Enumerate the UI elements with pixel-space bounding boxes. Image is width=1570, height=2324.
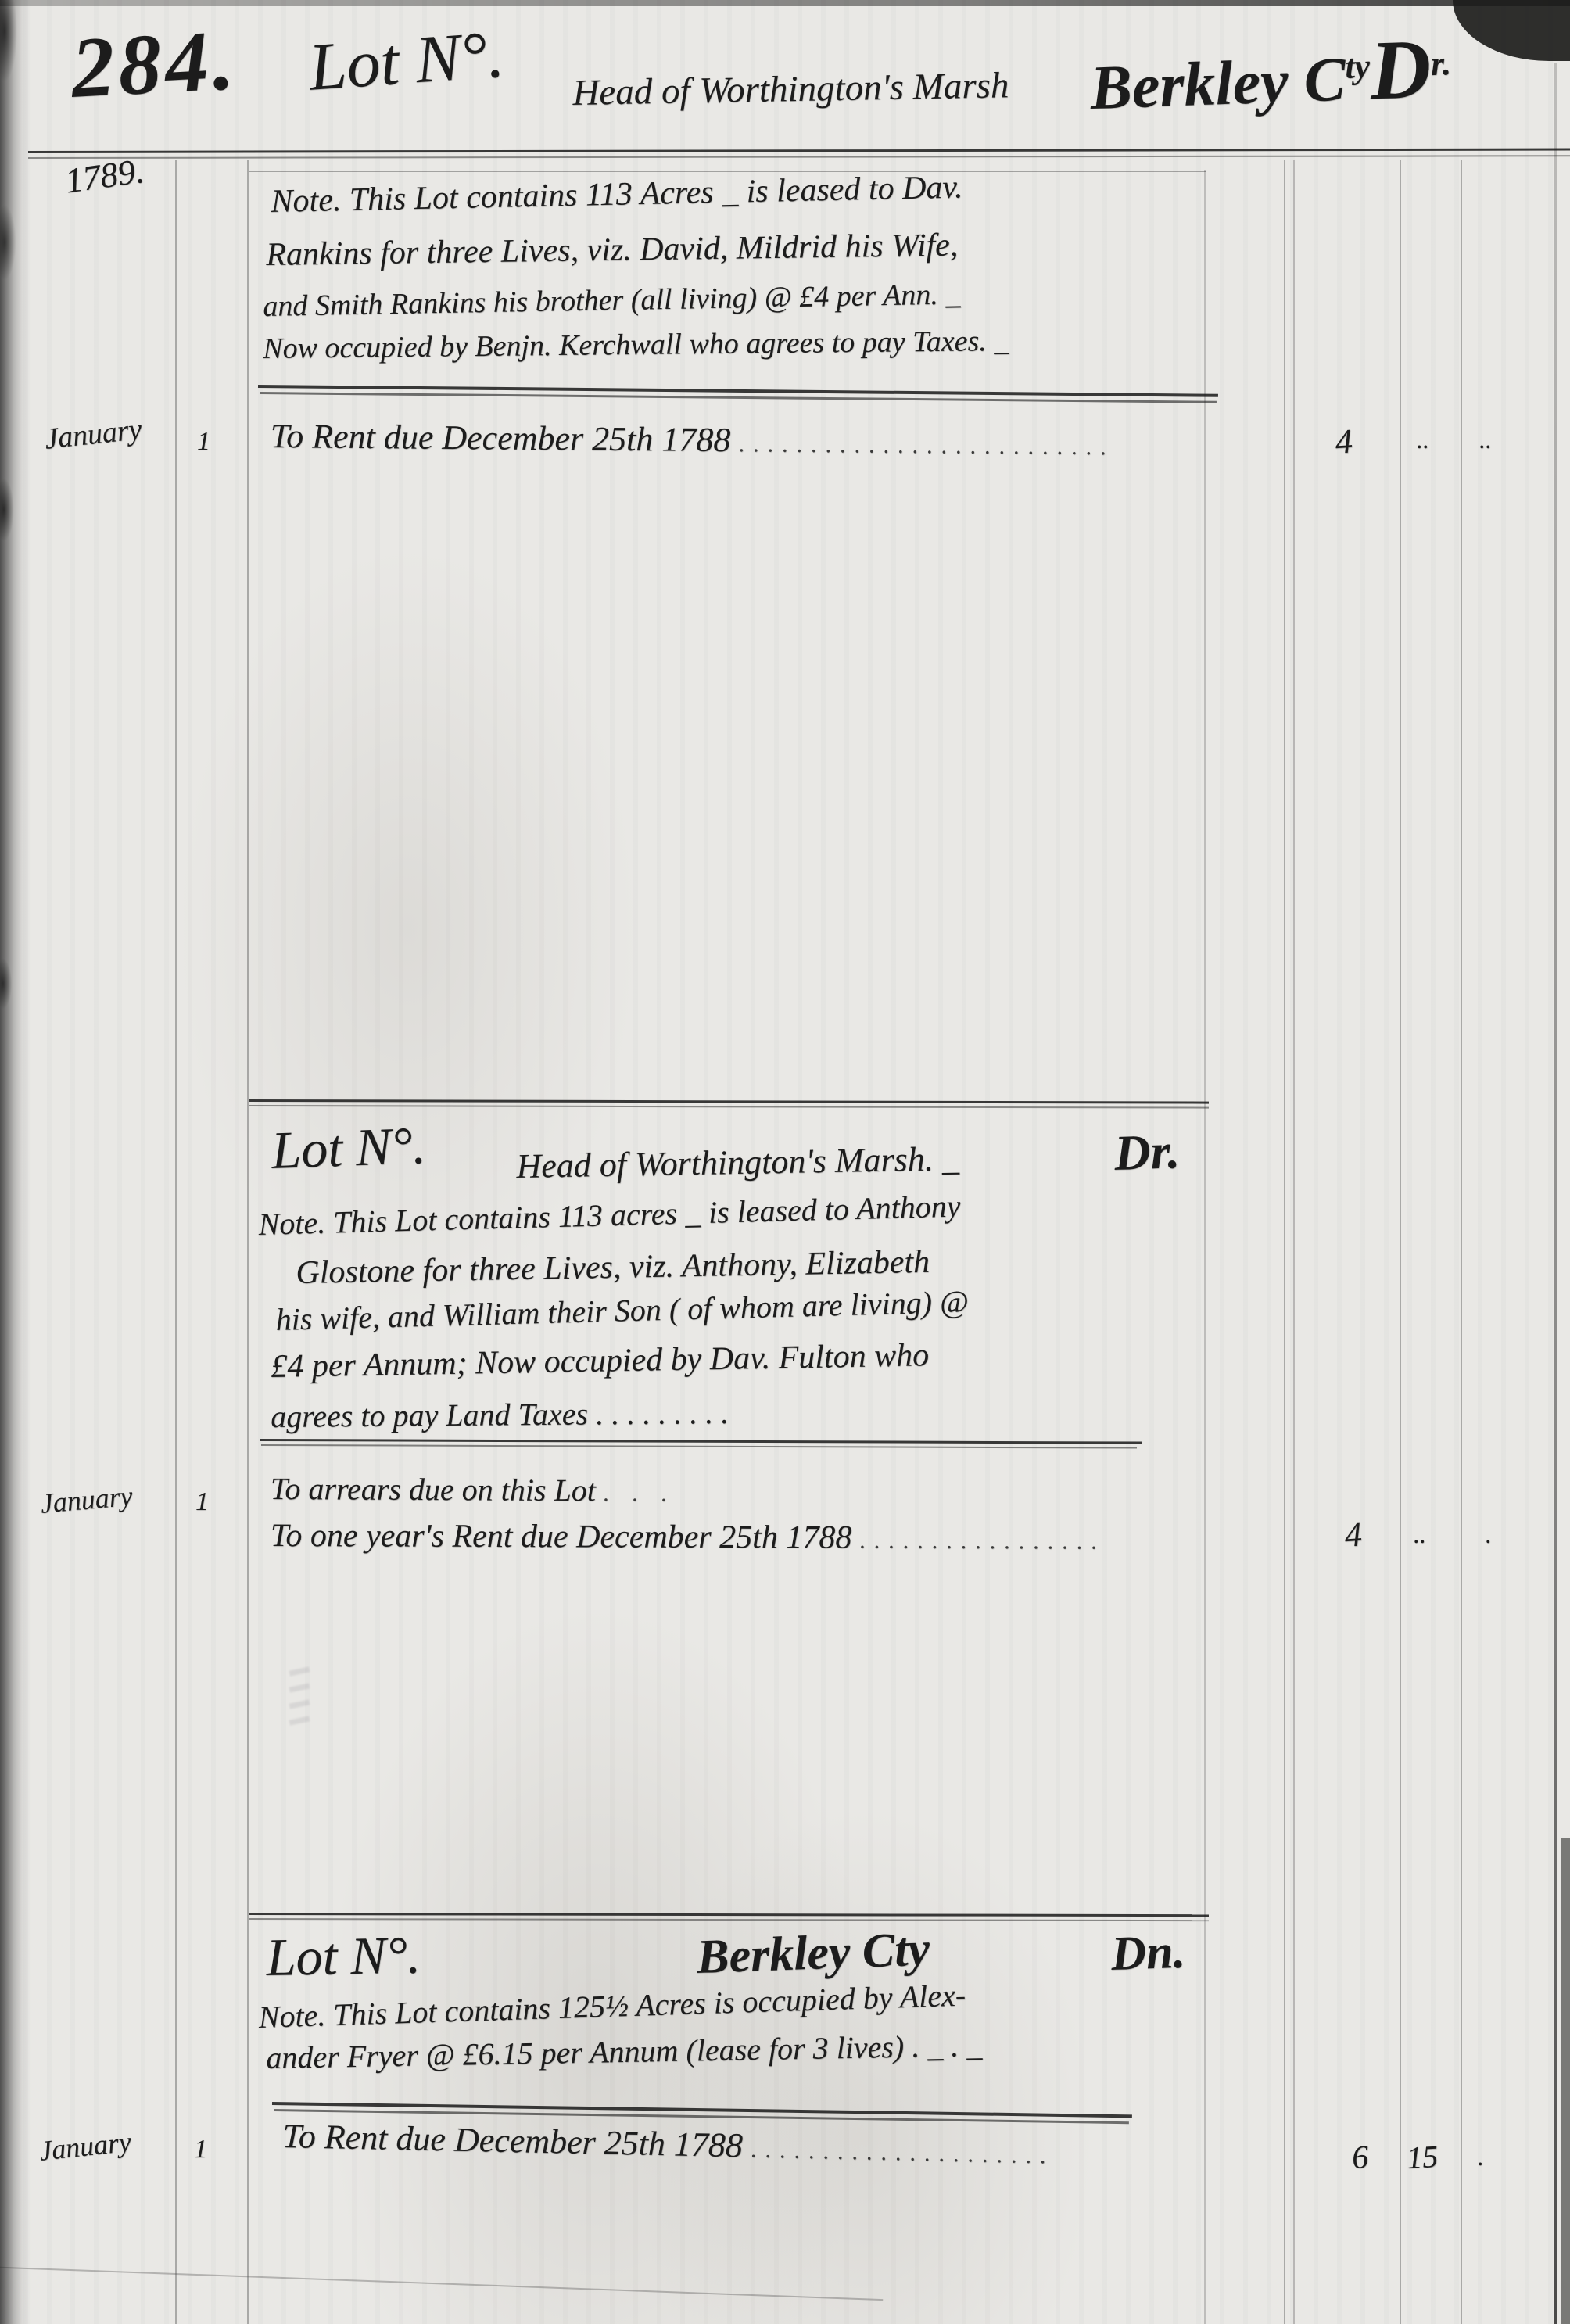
section1-entry-text: To Rent due December 25th 1788	[271, 416, 731, 460]
section2-note-line-3: his wife, and William their Son ( of who…	[275, 1283, 969, 1338]
section2-entry-text-2: To one year's Rent due December 25th 178…	[271, 1517, 852, 1557]
section3-entry-month: January	[38, 2125, 133, 2168]
section3-top-rule-a	[249, 1913, 1209, 1917]
section2-note-underrule-b	[261, 1444, 1137, 1449]
section1-entry-pence: ..	[1479, 425, 1492, 454]
binding-edge	[0, 0, 31, 2324]
header-county-group: Berkley CtyDr.	[1088, 20, 1453, 130]
header-lot-label: Lot N°.	[306, 15, 507, 106]
section2-entry-pence: .	[1486, 1520, 1492, 1549]
pence-column-rule	[1461, 160, 1462, 2324]
section2-note-line-1: Note. This Lot contains 113 acres _ is l…	[258, 1187, 961, 1242]
pounds-column-rule-a	[1284, 160, 1285, 2324]
section2-entry-line-1: To arrears due on this Lot . . .	[271, 1470, 974, 1511]
page-right-edge-shadow	[1561, 1838, 1570, 2324]
section3-note-line-2: ander Fryer @ £6.15 per Annum (lease for…	[266, 2027, 983, 2076]
section2-top-rule-b	[249, 1105, 1209, 1109]
date-column-rule	[175, 160, 177, 2324]
section2-entry-shillings: ..	[1414, 1520, 1426, 1549]
pencil-smudge	[289, 1658, 310, 1734]
section2-note-line-2: Glostone for three Lives, viz. Anthony, …	[296, 1243, 930, 1292]
header-rule-bottom	[28, 155, 1570, 159]
section3-entry-line: To Rent due December 25th 1788 .........…	[282, 2116, 1276, 2177]
section1-box-top-rule	[249, 171, 1206, 172]
section3-entry-pence: .	[1478, 2143, 1484, 2172]
section3-county: Berkley Cty	[696, 1922, 930, 1985]
bottom-crease	[0, 2266, 883, 2301]
section2-entry-day: 1	[195, 1487, 209, 1517]
header-rule-top	[28, 149, 1570, 153]
folded-corner	[1453, 0, 1570, 61]
section1-note-line-1: Note. This Lot contains 113 Acres _ is l…	[271, 168, 963, 221]
section2-lot-label: Lot N°.	[271, 1114, 427, 1182]
section1-entry-leader: ..........................	[739, 431, 1115, 461]
day-column-rule	[247, 160, 249, 2324]
section3-entry-shillings: 15	[1406, 2138, 1439, 2176]
section1-entry-shillings: ..	[1417, 425, 1429, 454]
header-county: Berkley C	[1089, 45, 1346, 123]
section2-top-rule-a	[249, 1099, 1209, 1104]
folio-number: 284.	[69, 10, 240, 118]
page-top-edge	[0, 0, 1570, 6]
section1-note-line-4: Now occupied by Benjn. Kerchwall who agr…	[263, 324, 1009, 366]
section3-entry-day: 1	[194, 2135, 207, 2164]
header-county-superscript: ty	[1344, 47, 1370, 86]
section2-entry-text-1: To arrears due on this Lot	[271, 1470, 596, 1508]
section2-note-line-5: agrees to pay Land Taxes . . . . . . . .…	[271, 1394, 729, 1435]
section1-entry-day: 1	[197, 427, 210, 457]
section3-entry-text: To Rent due December 25th 1788	[282, 2116, 744, 2165]
section2-note-underrule-a	[260, 1439, 1142, 1444]
section2-entry-month: January	[39, 1479, 134, 1520]
section3-debit-mark: Dn.	[1110, 1924, 1186, 1982]
section2-entry-pounds: 4	[1343, 1514, 1364, 1555]
section2-note-line-4: £4 per Annum; Now occupied by Dav. Fulto…	[271, 1336, 930, 1386]
section1-entry-line: To Rent due December 25th 1788 .........…	[271, 416, 1279, 464]
section2-debit-mark: Dr.	[1113, 1122, 1181, 1182]
section2-entry-leader-1: . . .	[604, 1480, 676, 1507]
section1-note-line-3: and Smith Rankins his brother (all livin…	[263, 277, 961, 324]
section2-entry-line-2: To one year's Rent due December 25th 178…	[271, 1517, 1279, 1558]
section1-entry-pounds: 4	[1334, 421, 1354, 461]
section2-place: Head of Worthington's Marsh. _	[516, 1139, 959, 1186]
header-place: Head of Worthington's Marsh	[572, 64, 1009, 114]
section3-entry-pounds: 6	[1351, 2139, 1369, 2177]
section3-top-rule-b	[249, 1918, 1209, 1921]
section1-entry-month: January	[43, 412, 143, 457]
shillings-column-rule	[1400, 160, 1401, 2324]
section3-lot-label: Lot N°.	[266, 1924, 421, 1989]
section3-entry-leader: .....................	[751, 2137, 1055, 2170]
description-column-rule	[1204, 170, 1206, 2324]
header-debit-letter: D	[1368, 23, 1432, 118]
section1-note-line-2: Rankins for three Lives, viz. David, Mil…	[266, 227, 959, 274]
header-debit-superscript: r.	[1430, 44, 1451, 83]
page-right-edge	[1554, 63, 1557, 2324]
ledger-page: 284. Lot N°. Head of Worthington's Marsh…	[0, 0, 1570, 2324]
section2-entry-leader-2: .................	[860, 1528, 1106, 1555]
pounds-column-rule-b	[1293, 160, 1295, 2324]
